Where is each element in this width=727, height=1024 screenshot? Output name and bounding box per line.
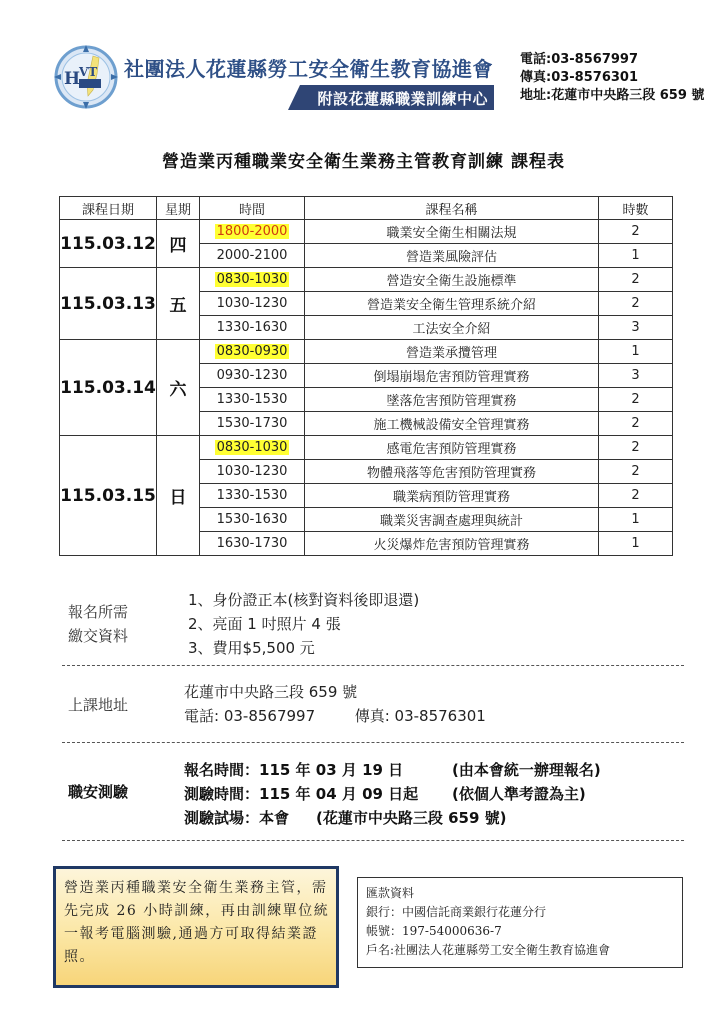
course-name: 墜落危害預防管理實務 [305,388,599,412]
course-hours: 1 [599,244,673,268]
course-name: 施工機械設備安全管理實務 [305,412,599,436]
contact-address: 地址:花蓮市中央路三段 659 號 [520,87,704,105]
column-header-time: 時間 [200,197,305,220]
venue-phone: 電話: 03-8567997 [184,707,315,725]
remittance-holder: 戶名:社團法人花蓮縣勞工安全衛生教育協進會 [366,941,682,960]
weekday: 六 [157,340,200,436]
weekday: 五 [157,268,200,340]
course-name: 職業安全衛生相關法規 [305,220,599,244]
column-header-weekday: 星期 [157,197,200,220]
column-header-date: 課程日期 [60,197,157,220]
course-name: 工法安全介紹 [305,316,599,340]
registration-items: 1、身份證正本(核對資料後即退還) 2、亮面 1 吋照片 4 張 3、費用$5,… [188,588,419,660]
session-time: 1800-2000 [200,220,305,244]
session-time: 1030-1230 [200,292,305,316]
course-hours: 2 [599,388,673,412]
session-time: 2000-2100 [200,244,305,268]
course-hours: 3 [599,316,673,340]
session-time: 0830-1030 [200,436,305,460]
session-time: 1030-1230 [200,460,305,484]
course-name: 營造業安全衛生管理系統介紹 [305,292,599,316]
remittance-bank: 銀行：中國信託商業銀行花蓮分行 [366,903,682,922]
course-hours: 3 [599,364,673,388]
column-header-course: 課程名稱 [305,197,599,220]
course-schedule-table: 課程日期 星期 時間 課程名稱 時數 115.03.12 四 1800-2000… [59,196,673,556]
venue-fax: 傳真: 03-8576301 [355,707,486,725]
venue-contact: 電話: 03-8567997 傳真: 03-8576301 [184,704,486,728]
registration-item: 1、身份證正本(核對資料後即退還) [188,588,419,612]
course-date: 115.03.12 [60,220,157,268]
session-time: 0830-0930 [200,340,305,364]
course-hours: 2 [599,412,673,436]
exam-line-note: (花蓮市中央路三段 659 號) [316,809,506,827]
course-name: 倒塌崩塌危害預防管理實務 [305,364,599,388]
section-divider [62,665,684,666]
contact-phone: 電話:03-8567997 [520,51,704,69]
page-title: 營造業丙種職業安全衛生業務主管教育訓練 課程表 [0,147,727,172]
course-name: 營造安全衛生設施標準 [305,268,599,292]
organization-name: 社團法人花蓮縣勞工安全衛生教育協進會 [124,53,493,82]
remittance-info-box: 匯款資料 銀行：中國信託商業銀行花蓮分行 帳號：197-54000636-7 戶… [357,877,683,968]
exam-label: 職安測驗 [68,780,128,804]
exam-line-note: (依個人準考證為主) [452,785,586,803]
course-date: 115.03.14 [60,340,157,436]
remittance-title: 匯款資料 [366,884,682,903]
venue-label: 上課地址 [68,693,128,717]
table-row: 115.03.14 六 0830-0930 營造業承攬管理 1 [60,340,673,364]
course-name: 營造業承攬管理 [305,340,599,364]
session-time: 1330-1530 [200,388,305,412]
registration-item: 2、亮面 1 吋照片 4 張 [188,612,419,636]
column-header-hours: 時數 [599,197,673,220]
course-name: 火災爆炸危害預防管理實務 [305,532,599,556]
session-time: 1630-1730 [200,532,305,556]
remittance-account: 帳號：197-54000636-7 [366,922,682,941]
exam-line-text: 測驗時間：115 年 04 月 09 日起 [184,782,452,806]
course-date: 115.03.13 [60,268,157,340]
course-hours: 2 [599,484,673,508]
registration-item: 3、費用$5,500 元 [188,636,419,660]
table-row: 115.03.15 日 0830-1030 感電危害預防管理實務 2 [60,436,673,460]
session-time: 0930-1230 [200,364,305,388]
course-hours: 2 [599,220,673,244]
course-name: 營造業風險評估 [305,244,599,268]
weekday: 四 [157,220,200,268]
course-name: 職業災害調查處理與統計 [305,508,599,532]
session-time: 0830-1030 [200,268,305,292]
course-hours: 1 [599,340,673,364]
exam-line-text: 測驗試場：本會 [184,806,316,830]
course-hours: 2 [599,460,673,484]
registration-label-line1: 報名所需 [68,600,128,624]
exam-registration-date: 報名時間：115 年 03 月 19 日(由本會統一辦理報名) [184,758,601,782]
registration-label-line2: 繳交資料 [68,624,128,648]
registration-label: 報名所需 繳交資料 [68,600,128,648]
training-center-name: 附設花蓮縣職業訓練中心 [317,88,488,109]
course-name: 感電危害預防管理實務 [305,436,599,460]
course-date: 115.03.15 [60,436,157,556]
venue-address: 花蓮市中央路三段 659 號 [184,680,486,704]
course-hours: 2 [599,292,673,316]
course-hours: 1 [599,532,673,556]
session-time: 1330-1630 [200,316,305,340]
contact-info: 電話:03-8567997 傳真:03-8576301 地址:花蓮市中央路三段 … [520,51,704,105]
weekday: 日 [157,436,200,556]
course-hours: 1 [599,508,673,532]
certification-note-box: 營造業丙種職業安全衛生業務主管，需先完成 26 小時訓練，再由訓練單位統一報考電… [53,866,339,988]
course-hours: 2 [599,436,673,460]
highlighted-time: 1800-2000 [215,224,290,239]
course-name: 職業病預防管理實務 [305,484,599,508]
session-time: 1530-1730 [200,412,305,436]
exam-line-note: (由本會統一辦理報名) [452,761,601,779]
svg-text:H: H [64,69,80,89]
session-time: 1330-1530 [200,484,305,508]
exam-line-text: 報名時間：115 年 03 月 19 日 [184,758,452,782]
contact-fax: 傳真:03-8576301 [520,69,704,87]
highlighted-time: 0830-1030 [215,440,290,455]
exam-venue: 測驗試場：本會(花蓮市中央路三段 659 號) [184,806,601,830]
organization-logo: H VT [53,44,119,110]
section-divider [62,742,684,743]
highlighted-time: 0830-0930 [215,344,290,359]
table-header-row: 課程日期 星期 時間 課程名稱 時數 [60,197,673,220]
table-row: 115.03.13 五 0830-1030 營造安全衛生設施標準 2 [60,268,673,292]
exam-test-date: 測驗時間：115 年 04 月 09 日起(依個人準考證為主) [184,782,601,806]
venue-details: 花蓮市中央路三段 659 號 電話: 03-8567997 傳真: 03-857… [184,680,486,728]
training-center-banner: 附設花蓮縣職業訓練中心 [288,85,494,110]
highlighted-time: 0830-1030 [215,272,290,287]
table-row: 115.03.12 四 1800-2000 職業安全衛生相關法規 2 [60,220,673,244]
exam-details: 報名時間：115 年 03 月 19 日(由本會統一辦理報名) 測驗時間：115… [184,758,601,830]
session-time: 1530-1630 [200,508,305,532]
course-name: 物體飛落等危害預防管理實務 [305,460,599,484]
svg-text:VT: VT [78,65,97,79]
course-hours: 2 [599,268,673,292]
section-divider [62,840,684,841]
